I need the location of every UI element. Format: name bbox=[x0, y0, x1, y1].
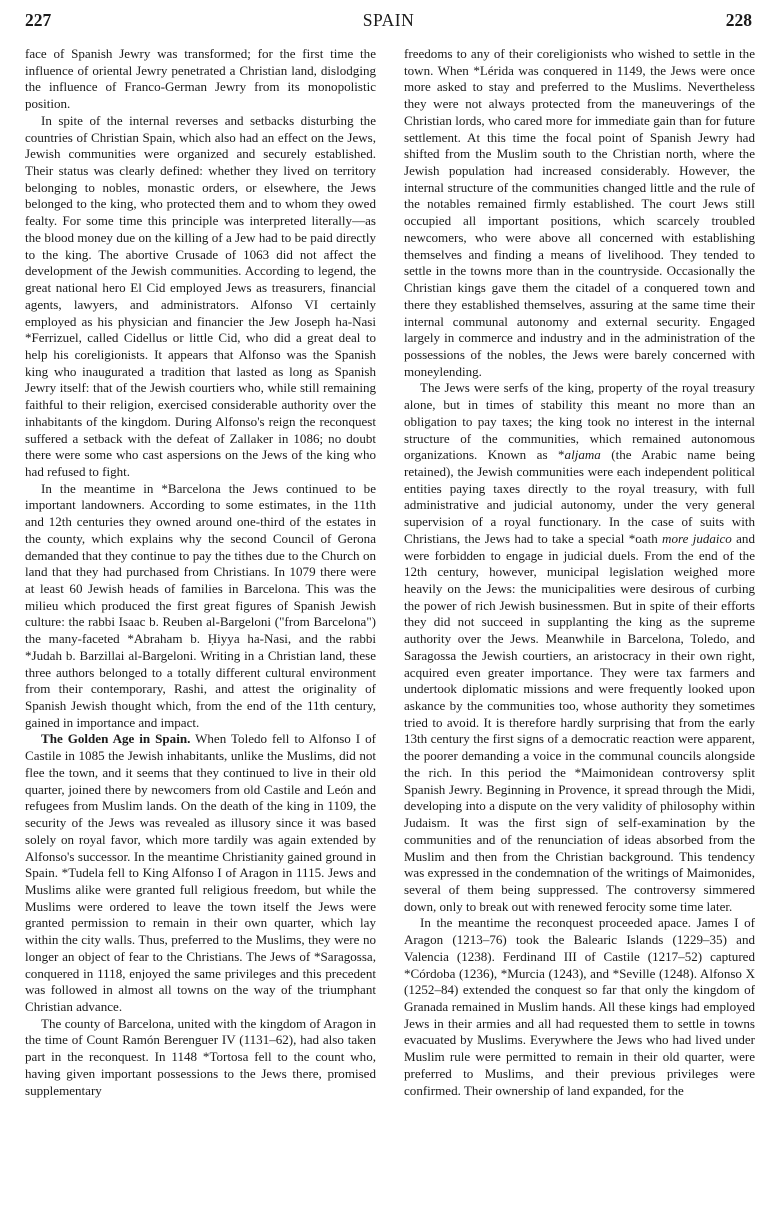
paragraph: The Jews were serfs of the king, propert… bbox=[404, 380, 755, 915]
paragraph: In the meantime in *Barcelona the Jews c… bbox=[25, 481, 376, 732]
running-title: SPAIN bbox=[25, 10, 752, 31]
italic-term: aljama bbox=[565, 447, 601, 462]
paragraph: In the meantime the reconquest proceeded… bbox=[404, 915, 755, 1099]
paragraph-text: and were forbidden to engage in judicial… bbox=[404, 531, 755, 914]
page-header: 227 SPAIN 228 bbox=[25, 10, 752, 32]
paragraph: The Golden Age in Spain. When Toledo fel… bbox=[25, 731, 376, 1015]
right-column: freedoms to any of their coreligionists … bbox=[404, 46, 755, 1099]
paragraph: In spite of the internal reverses and se… bbox=[25, 113, 376, 481]
paragraph: The county of Barcelona, united with the… bbox=[25, 1016, 376, 1100]
paragraph: freedoms to any of their coreligionists … bbox=[404, 46, 755, 380]
italic-term: more judaico bbox=[662, 531, 732, 546]
paragraph-text: When Toledo fell to Alfonso I of Castile… bbox=[25, 731, 376, 1014]
section-heading: The Golden Age in Spain. bbox=[41, 731, 190, 746]
paragraph: face of Spanish Jewry was transformed; f… bbox=[25, 46, 376, 113]
left-column: face of Spanish Jewry was transformed; f… bbox=[25, 46, 376, 1099]
right-page-number: 228 bbox=[726, 10, 752, 31]
